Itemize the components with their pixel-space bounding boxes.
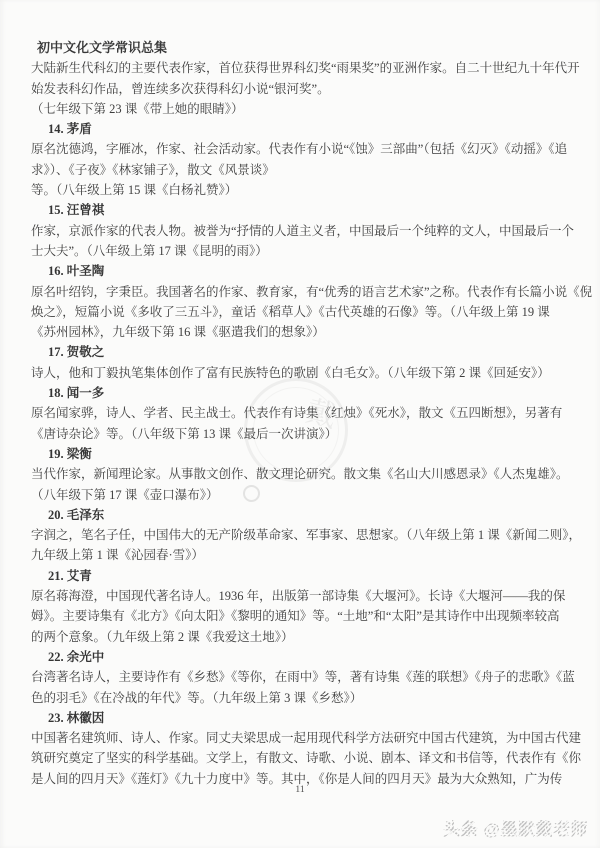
section-heading: 18. 闻一多	[31, 383, 575, 403]
footer-watermark: 头条 @墨默戴老师	[443, 815, 588, 840]
text-line: 中国著名建筑师、诗人、作家。同丈夫梁思成一起用现代科学方法研究中国古代建筑，为中…	[31, 728, 575, 748]
text-line: （七年级下第 23 课《带上她的眼睛》）	[31, 99, 575, 119]
text-line: 等。（八年级上第 15 课《白杨礼赞》）	[31, 180, 575, 200]
document-title: 初中文化文学常识总集	[31, 38, 575, 58]
text-line: 原名叶绍钧，字秉臣。我国著名的作家、教育家，有“优秀的语言艺术家”之称。代表作有…	[31, 282, 575, 302]
sections-container: 大陆新生代科幻的主要代表作家，首位获得世界科幻奖“雨果奖”的亚洲作家。自二十世纪…	[31, 58, 575, 789]
text-line: 的两个意象。（九年级上第 2 课《我爱这土地》）	[31, 627, 575, 647]
text-line: 原名闻家骅，诗人、学者、民主战士。代表作有诗集《红烛》《死水》，散文《五四断想》…	[31, 403, 575, 423]
section-heading: 15. 汪曾祺	[31, 200, 575, 220]
text-line: 作家，京派作家的代表人物。被誉为“抒情的人道主义者，中国最后一个纯粹的文人，中国…	[31, 221, 575, 241]
text-line: 大陆新生代科幻的主要代表作家，首位获得世界科幻奖“雨果奖”的亚洲作家。自二十世纪…	[31, 58, 575, 78]
text-line: 《唐诗杂论》等。（八年级下第 13 课《最后一次讲演》）	[31, 424, 575, 444]
page-content: 初中文化文学常识总集 大陆新生代科幻的主要代表作家，首位获得世界科幻奖“雨果奖”…	[31, 38, 575, 789]
text-line: 始发表科幻作品，曾连续多次获得科幻小说“银河奖”。	[31, 79, 575, 99]
section-heading: 19. 梁衡	[31, 444, 575, 464]
text-line: 筑研究奠定了坚实的科学基础。文学上，有散文、诗歌、小说、剧本、译文和书信等，代表…	[31, 748, 575, 768]
page-number: 11	[0, 785, 600, 795]
text-line: 字润之，笔名子任，中国伟大的无产阶级革命家、军事家、思想家。（八年级上第 1 课…	[31, 525, 575, 545]
section-heading: 22. 余光中	[31, 647, 575, 667]
text-line: （八年级下第 17 课《壶口瀑布》）	[31, 485, 575, 505]
text-line: 原名沈德鸿，字雁冰，作家、社会活动家。代表作有小说“《蚀》三部曲”（包括《幻灭》…	[31, 139, 575, 159]
text-line: 诗人，他和丁毅执笔集体创作了富有民族特色的歌剧《白毛女》。（八年级下第 2 课《…	[31, 363, 575, 383]
section-heading: 23. 林徽因	[31, 708, 575, 728]
section-heading: 20. 毛泽东	[31, 505, 575, 525]
text-line: 当代作家，新闻理论家。从事散文创作、散文理论研究。散文集《名山大川感恩录》《人杰…	[31, 464, 575, 484]
text-line: 焕之》，短篇小说《多收了三五斗》，童话《稻草人》《古代英雄的石像》等。（八年级上…	[31, 302, 575, 322]
document-page: 戴 初中文化文学常识总集 大陆新生代科幻的主要代表作家，首位获得世界科幻奖“雨果…	[0, 0, 600, 848]
section-heading: 14. 茅盾	[31, 119, 575, 139]
section-heading: 21. 艾青	[31, 566, 575, 586]
text-line: 色的羽毛》《在冷战的年代》等。（九年级上第 3 课《乡愁》）	[31, 688, 575, 708]
text-line: 《苏州园林》，九年级下第 16 课《驱遣我们的想象》）	[31, 322, 575, 342]
section-heading: 16. 叶圣陶	[31, 261, 575, 281]
text-line: 九年级上第 1 课《沁园春·雪》）	[31, 545, 575, 565]
text-line: 士大夫”。（八年级上第 17 课《昆明的雨》）	[31, 241, 575, 261]
text-line: 姆》。主要诗集有《北方》《向太阳》《黎明的通知》等。“土地”和“太阳”是其诗作中…	[31, 606, 575, 626]
section-heading: 17. 贺敬之	[31, 342, 575, 362]
toutiao-watermark-text: 头条 @墨默戴老师	[443, 820, 588, 839]
text-line: 求》）、《子夜》《林家铺子》，散文《风景谈》	[31, 160, 575, 180]
text-line: 台湾著名诗人，主要诗作有《乡愁》《等你，在雨中》等，著有诗集《莲的联想》《舟子的…	[31, 667, 575, 687]
text-line: 原名蒋海澄，中国现代著名诗人。1936 年，出版第一部诗集《大堰河》。长诗《大堰…	[31, 586, 575, 606]
